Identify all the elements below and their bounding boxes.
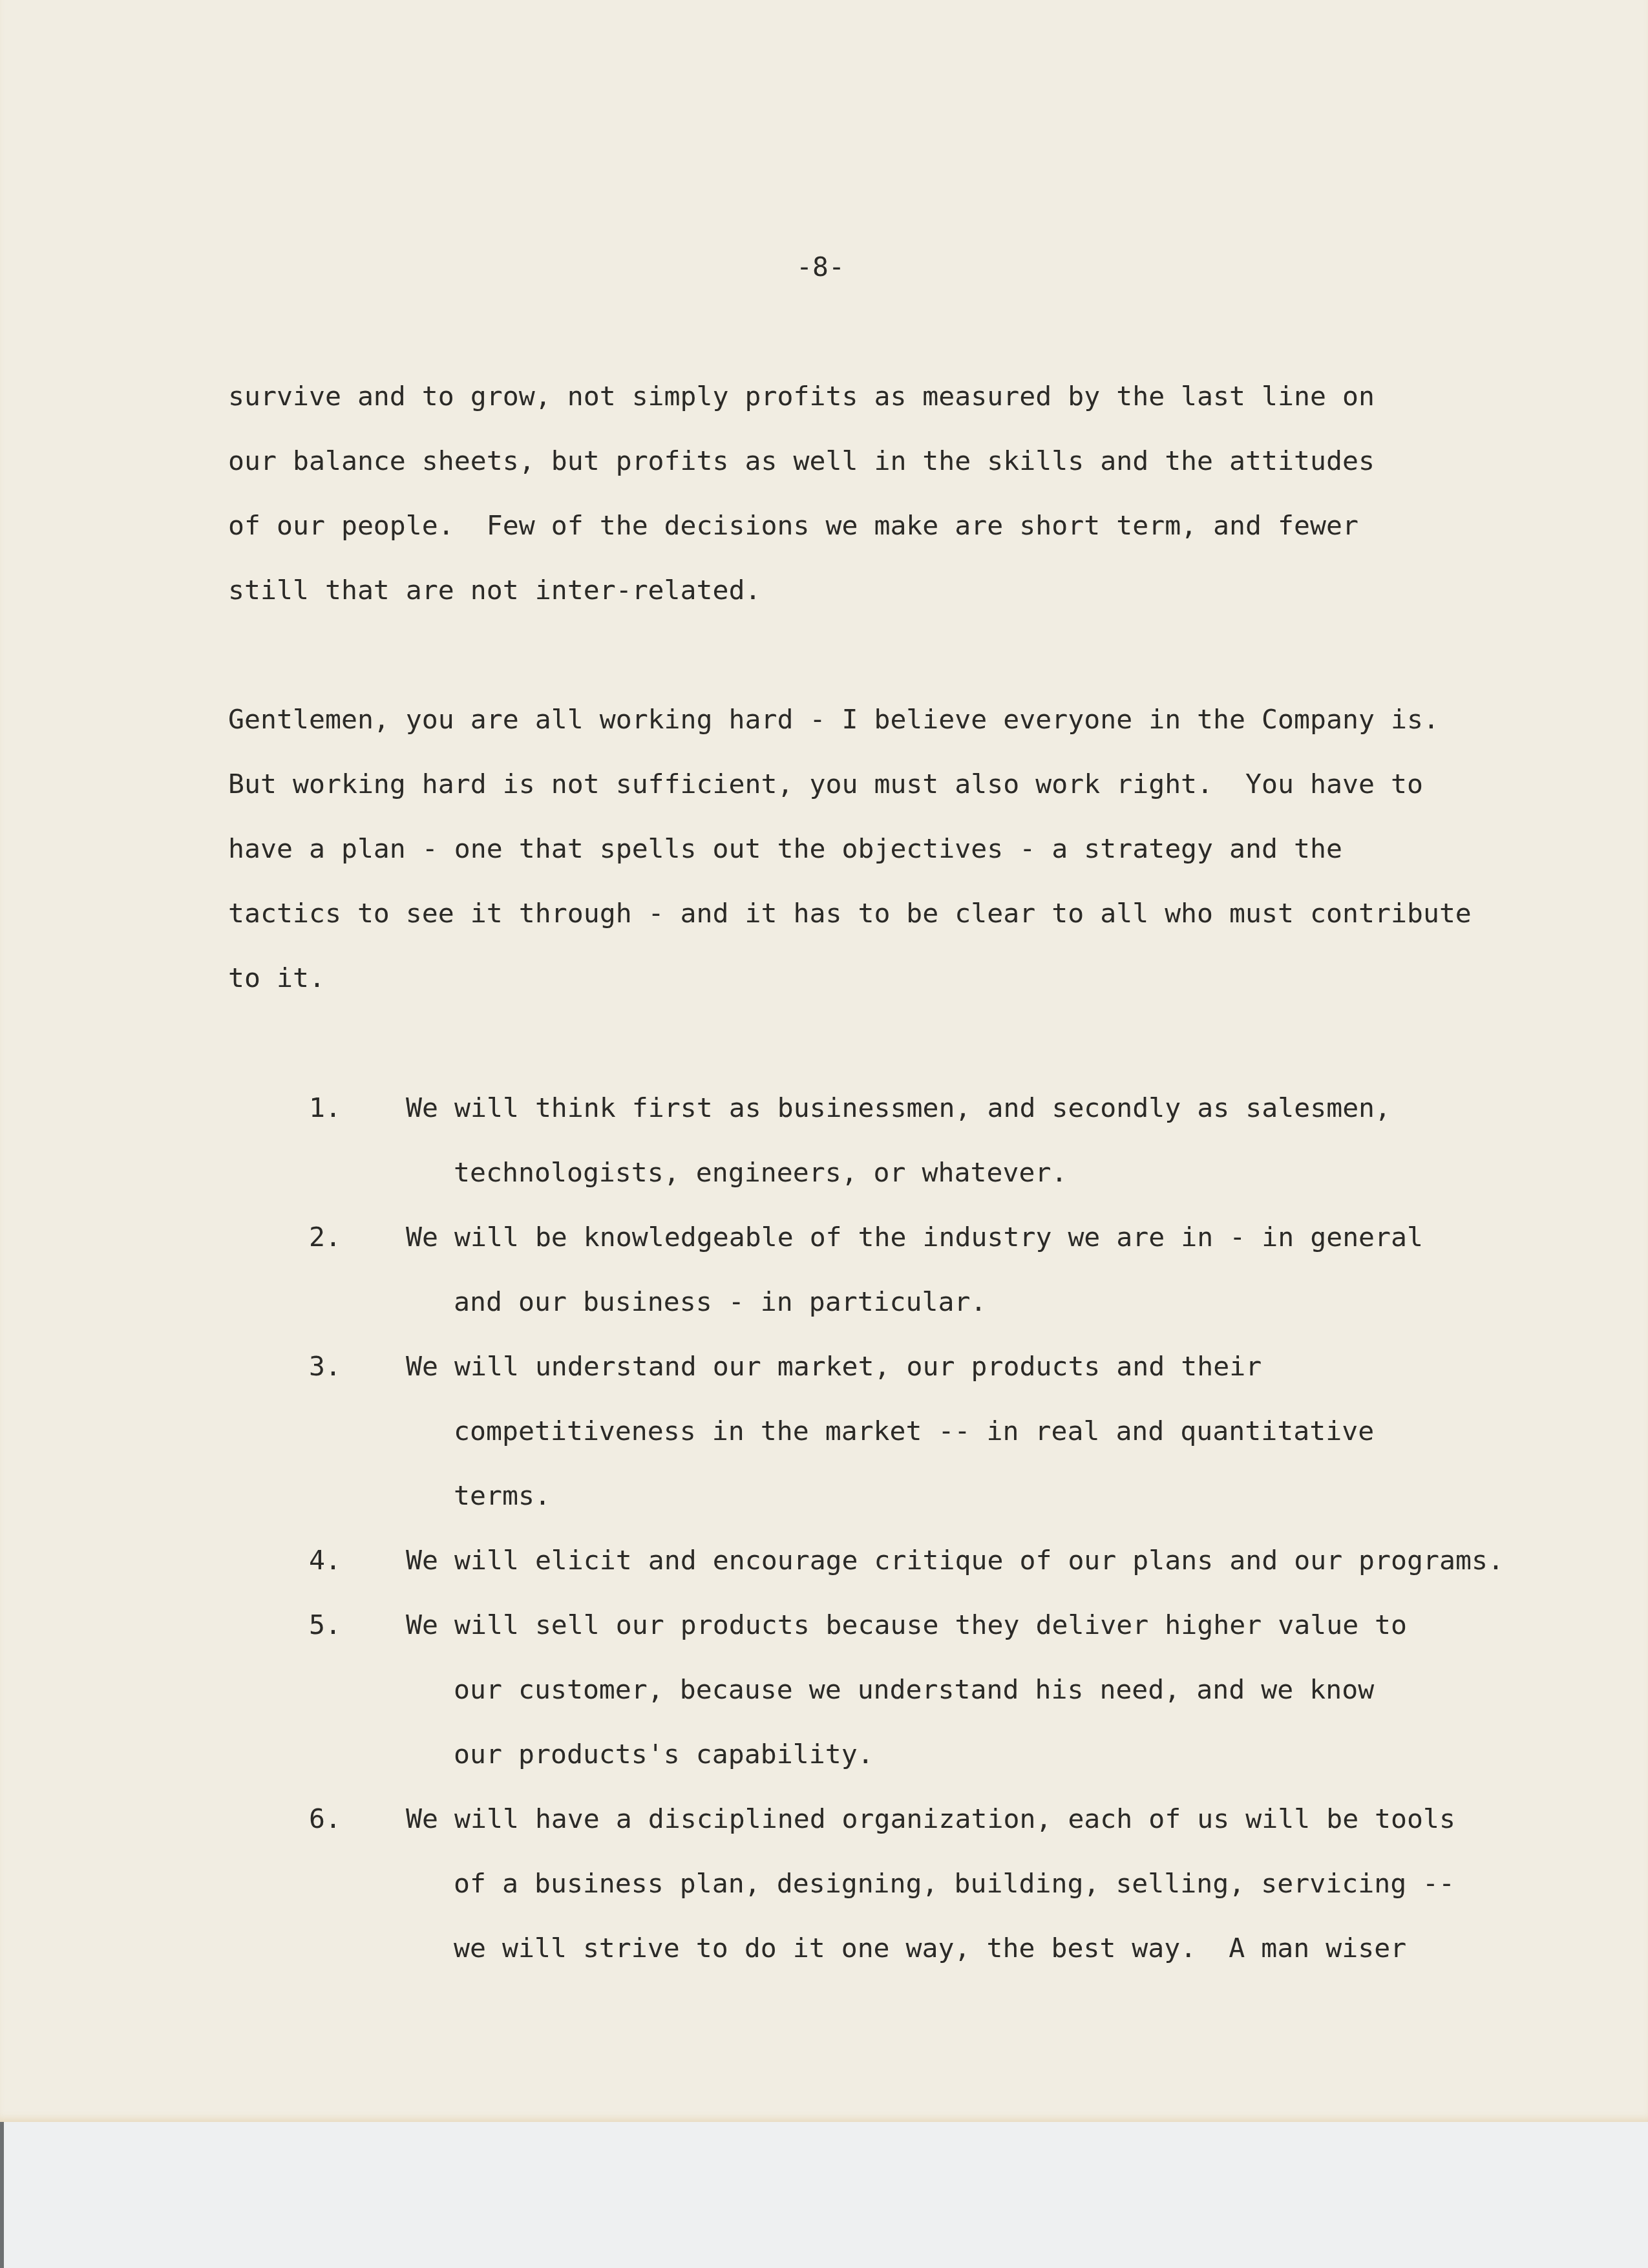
- list-item-5-line-2: our customer, because we understand his …: [454, 1673, 1374, 1706]
- list-item-6-line-3: we will strive to do it one way, the bes…: [454, 1932, 1406, 1964]
- list-item-5-line-1: We will sell our products because they d…: [406, 1609, 1407, 1641]
- list-item-4-number: 4.: [309, 1544, 341, 1576]
- document-page: -8- survive and to grow, not simply prof…: [0, 0, 1648, 2122]
- paragraph-2-line-4: tactics to see it through - and it has t…: [228, 897, 1472, 929]
- list-item-2-line-1: We will be knowledgeable of the industry…: [406, 1221, 1423, 1253]
- list-item-2-line-2: and our business - in particular.: [454, 1286, 987, 1318]
- list-item-1-line-2: technologists, engineers, or whatever.: [454, 1156, 1067, 1189]
- paragraph-2-line-1: Gentlemen, you are all working hard - I …: [228, 703, 1439, 736]
- list-item-3-line-1: We will understand our market, our produ…: [406, 1350, 1262, 1383]
- paragraph-2-line-5: to it.: [228, 962, 325, 994]
- paragraph-2-line-3: have a plan - one that spells out the ob…: [228, 832, 1342, 865]
- list-item-6-line-1: We will have a disciplined organization,…: [406, 1803, 1455, 1835]
- list-item-5-line-3: our products's capability.: [454, 1738, 874, 1770]
- page-number: -8-: [796, 251, 845, 283]
- paragraph-1-line-4: still that are not inter-related.: [228, 574, 761, 606]
- list-item-1-line-1: We will think first as businessmen, and …: [406, 1092, 1391, 1124]
- paragraph-1-line-3: of our people. Few of the decisions we m…: [228, 509, 1358, 542]
- list-item-6-line-2: of a business plan, designing, building,…: [454, 1867, 1455, 1900]
- list-item-1-number: 1.: [309, 1092, 341, 1124]
- list-item-4-line-1: We will elicit and encourage critique of…: [406, 1544, 1504, 1576]
- paragraph-1-line-1: survive and to grow, not simply profits …: [228, 380, 1375, 412]
- scan-edge-shadow: [0, 2122, 4, 2268]
- list-item-6-number: 6.: [309, 1803, 341, 1835]
- list-item-5-number: 5.: [309, 1609, 341, 1641]
- list-item-3-line-2: competitiveness in the market -- in real…: [454, 1415, 1374, 1447]
- paragraph-2-line-2: But working hard is not sufficient, you …: [228, 768, 1423, 800]
- list-item-3-line-3: terms.: [454, 1479, 551, 1512]
- list-item-2-number: 2.: [309, 1221, 341, 1253]
- list-item-3-number: 3.: [309, 1350, 341, 1383]
- paragraph-1-line-2: our balance sheets, but profits as well …: [228, 445, 1375, 477]
